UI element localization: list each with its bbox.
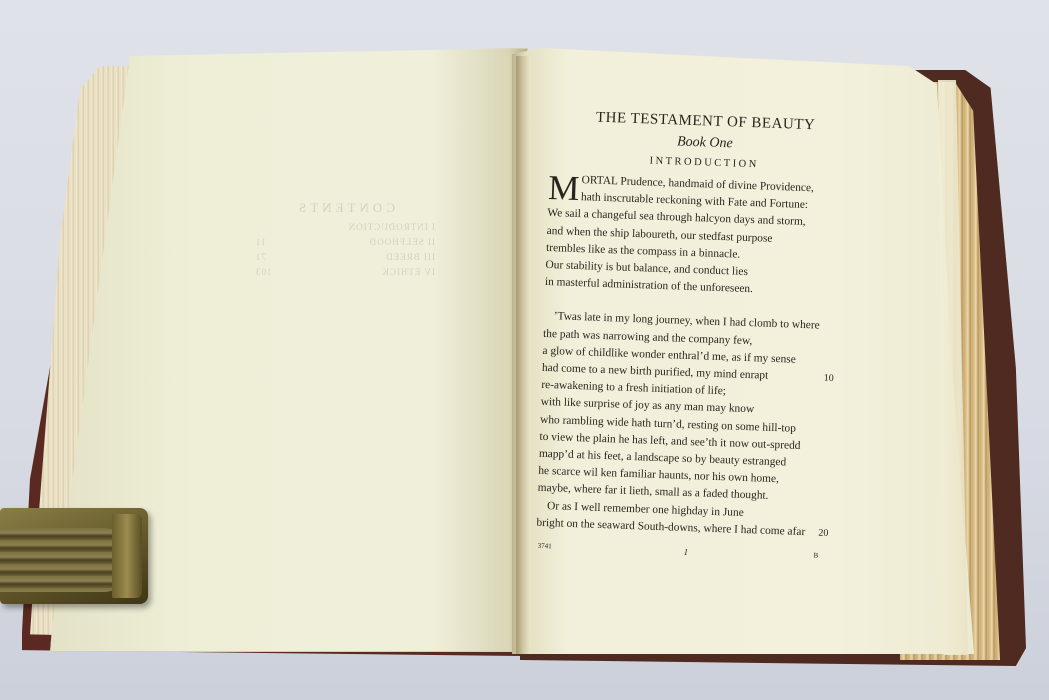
show-through-label: I INTRODUCTION [348,222,435,232]
show-through-label: II SELFHOOD [369,237,435,247]
paperweight-fingers [0,528,128,592]
page-number: 1 [683,547,688,557]
show-through-row: III BREED 71 [255,252,435,262]
stanza-1: M ORTAL Prudence, handmaid of divine Pro… [545,171,849,302]
show-through-row: I INTRODUCTION [255,222,435,232]
line-number-10: 10 [823,370,834,388]
book-gutter [516,56,530,654]
right-page-text: THE TESTAMENT OF BEAUTY Book One INTRODU… [535,108,851,568]
brass-hand-paperweight [0,508,148,604]
show-through-label: III BREED [385,252,435,262]
show-through-title: CONTENTS [255,200,435,216]
print-code: 3741 [538,542,552,550]
show-through-page: 11 [255,237,266,247]
book-subtitle: Book One [560,130,850,156]
book-photo: CONTENTS I INTRODUCTION II SELFHOOD 11 I… [0,0,1049,700]
paperweight-cuff [112,514,142,598]
signature-mark: B [813,552,818,560]
stanza-2: ’Twas late in my long journey, when I ha… [536,308,844,542]
show-through-row: IV ETHICK 103 [255,267,435,277]
show-through-page: 71 [255,252,266,262]
show-through-page: 103 [255,267,272,277]
left-page-show-through: CONTENTS I INTRODUCTION II SELFHOOD 11 I… [255,200,435,282]
show-through-label: IV ETHICK [381,267,435,277]
section-heading: INTRODUCTION [559,152,849,173]
line-number-20: 20 [818,524,829,542]
show-through-row: II SELFHOOD 11 [255,237,435,247]
